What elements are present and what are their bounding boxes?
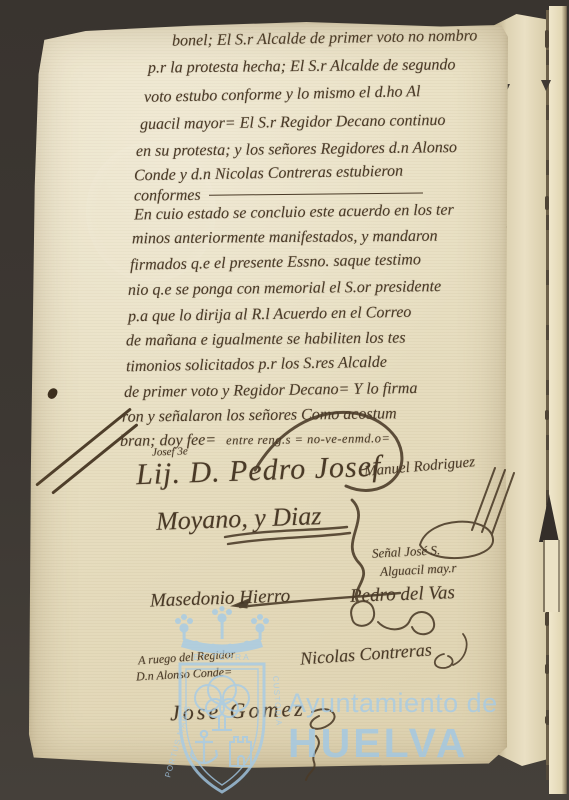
stitch-thread (545, 716, 549, 724)
manuscript-line: de primer voto y Regidor Decano= Y lo fi… (124, 380, 418, 402)
manuscript-line: voto estubo conforme y lo mismo el d.ho … (144, 83, 421, 107)
manuscript-line: nio q.e se ponga con memorial el S.or pr… (128, 278, 441, 300)
signature-pedro-josef-moyano: Moyano, y Diaz (156, 501, 322, 537)
signature-pedro-del-vas: Pedro del Vas (350, 582, 456, 608)
manuscript-line: Conde y d.n Nicolas Contreras estubieron (134, 163, 403, 186)
closing-rule (209, 192, 423, 195)
binding-notch (541, 80, 551, 91)
manuscript-line: timonios solicitados p.r los S.res Alcal… (126, 354, 387, 377)
margin-slash-mark (35, 408, 131, 487)
stitch-thread (545, 30, 549, 48)
signature-nicolas-contreras: Nicolas Contreras (299, 639, 432, 669)
facing-page-edge (549, 6, 567, 794)
stitch-thread (545, 612, 549, 626)
stitch-thread (545, 664, 549, 674)
manuscript-line: en su protesta; y los señores Regidores … (136, 139, 457, 161)
senal-alguacil-mayor: Señal José S. (372, 542, 441, 562)
manuscript-line: guacil mayor= El S.r Regidor Decano cont… (140, 112, 446, 134)
manuscript-line: En cuio estado se concluio este acuerdo … (134, 201, 454, 224)
signature-pedro-josef-moyano: Lij. D. Pedro Josef (135, 450, 381, 493)
margin-slash-mark (51, 423, 138, 494)
photo-backdrop: bonel; El S.r Alcalde de primer voto no … (0, 0, 569, 800)
manuscript-line: de mañana e igualmente se habiliten los … (126, 330, 406, 351)
senal-alguacil-mayor: Alguacil may.r (380, 560, 457, 580)
binding-slit (543, 540, 560, 612)
stitch-thread (545, 196, 549, 210)
manuscript-line: minos anteriormente manifestados, y mand… (132, 228, 438, 249)
signature-jose-gomez: Jose Gomez (170, 696, 307, 727)
ink-blot (46, 387, 58, 400)
marginal-abbreviations: entre reng.s = no-ve-enmd.o= (226, 431, 390, 447)
signature-masedonio-hierro: Masedonio Hierro (150, 586, 291, 613)
manuscript-line: p.a que lo dirija al R.l Acuerdo en el C… (128, 304, 412, 326)
stitch-thread (545, 410, 549, 420)
manuscript-line: ron y señalaron los señores Como acostum (122, 405, 397, 426)
manuscript-line: bonel; El S.r Alcalde de primer voto no … (172, 27, 478, 50)
manuscript-page: bonel; El S.r Alcalde de primer voto no … (28, 22, 508, 768)
manuscript-line: p.r la protesta hecha; El S.r Alcalde de… (148, 56, 456, 77)
manuscript-word: conformes (134, 187, 201, 205)
